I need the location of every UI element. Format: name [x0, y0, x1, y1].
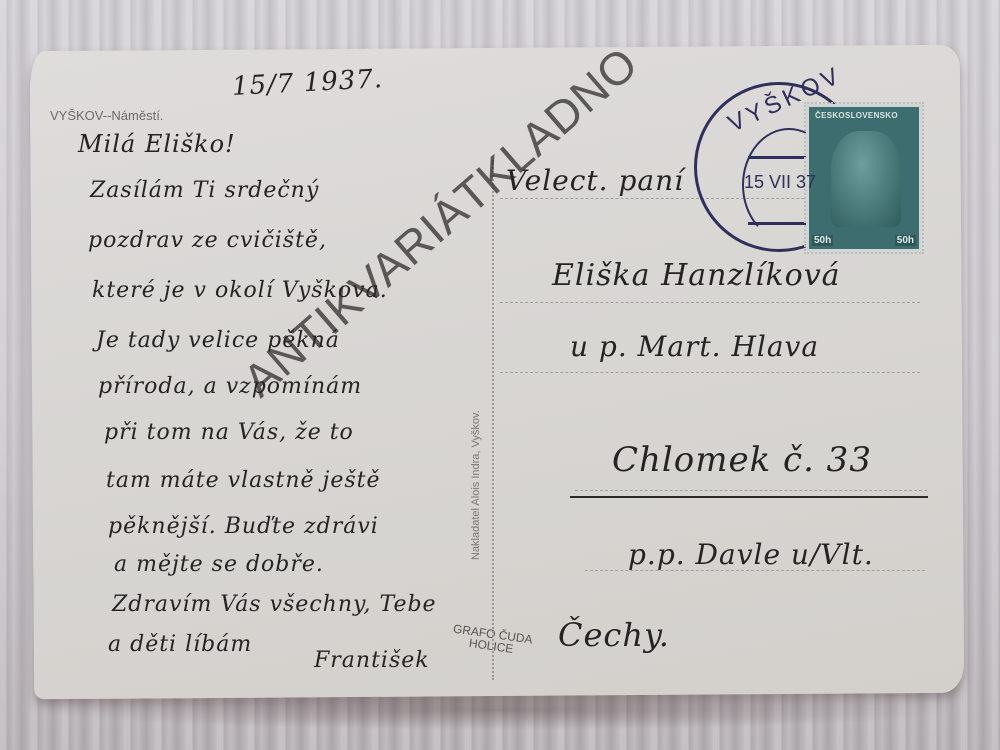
address-care-of: u p. Mart. Hlava [570, 330, 819, 363]
address-rule [500, 372, 920, 373]
postage-stamp: ČESKOSLOVENSKO 50h 50h [806, 104, 922, 252]
greeting: Milá Eliško! [78, 130, 236, 158]
message-line: Zasílám Ti srdečný [90, 178, 319, 203]
printed-header: VYŠKOV--Náměstí. [50, 108, 163, 123]
address-name: Eliška Hanzlíková [552, 258, 841, 293]
stamp-portrait-icon [831, 131, 901, 227]
postmark-bar [748, 222, 808, 225]
message-line: a mějte se dobře. [114, 552, 324, 577]
message-line: Zdravím Vás všechny, Tebe [112, 592, 437, 617]
message-line: při tom na Vás, že to [104, 420, 354, 445]
underline-rule [570, 496, 928, 498]
address-town: Chlomek č. 33 [612, 440, 872, 480]
stamp-value-right: 50h [895, 235, 916, 246]
message-line: pěknější. Buďte zdrávi [108, 514, 379, 539]
stamp-value-left: 50h [812, 235, 833, 246]
stamp-country: ČESKOSLOVENSKO [815, 111, 913, 120]
address-post: p.p. Davle u/Vlt. [628, 538, 874, 571]
address-rule [500, 302, 920, 303]
message-line: tam máte vlastně ještě [106, 468, 381, 493]
postmark-bar [748, 156, 808, 159]
address-country: Čechy. [558, 616, 670, 654]
address-rule [575, 490, 927, 491]
message-line: a děti líbám [108, 632, 252, 657]
publisher-imprint: Nakladatel Alois Indra, Vyškov. [470, 410, 482, 560]
signature: František [314, 648, 430, 673]
message-line: příroda, a vzpomínám [98, 374, 362, 399]
center-divider [492, 160, 494, 680]
message-line: pozdrav ze cvičiště, [88, 228, 327, 253]
postmark-date: 15 VII 37 [744, 172, 816, 193]
